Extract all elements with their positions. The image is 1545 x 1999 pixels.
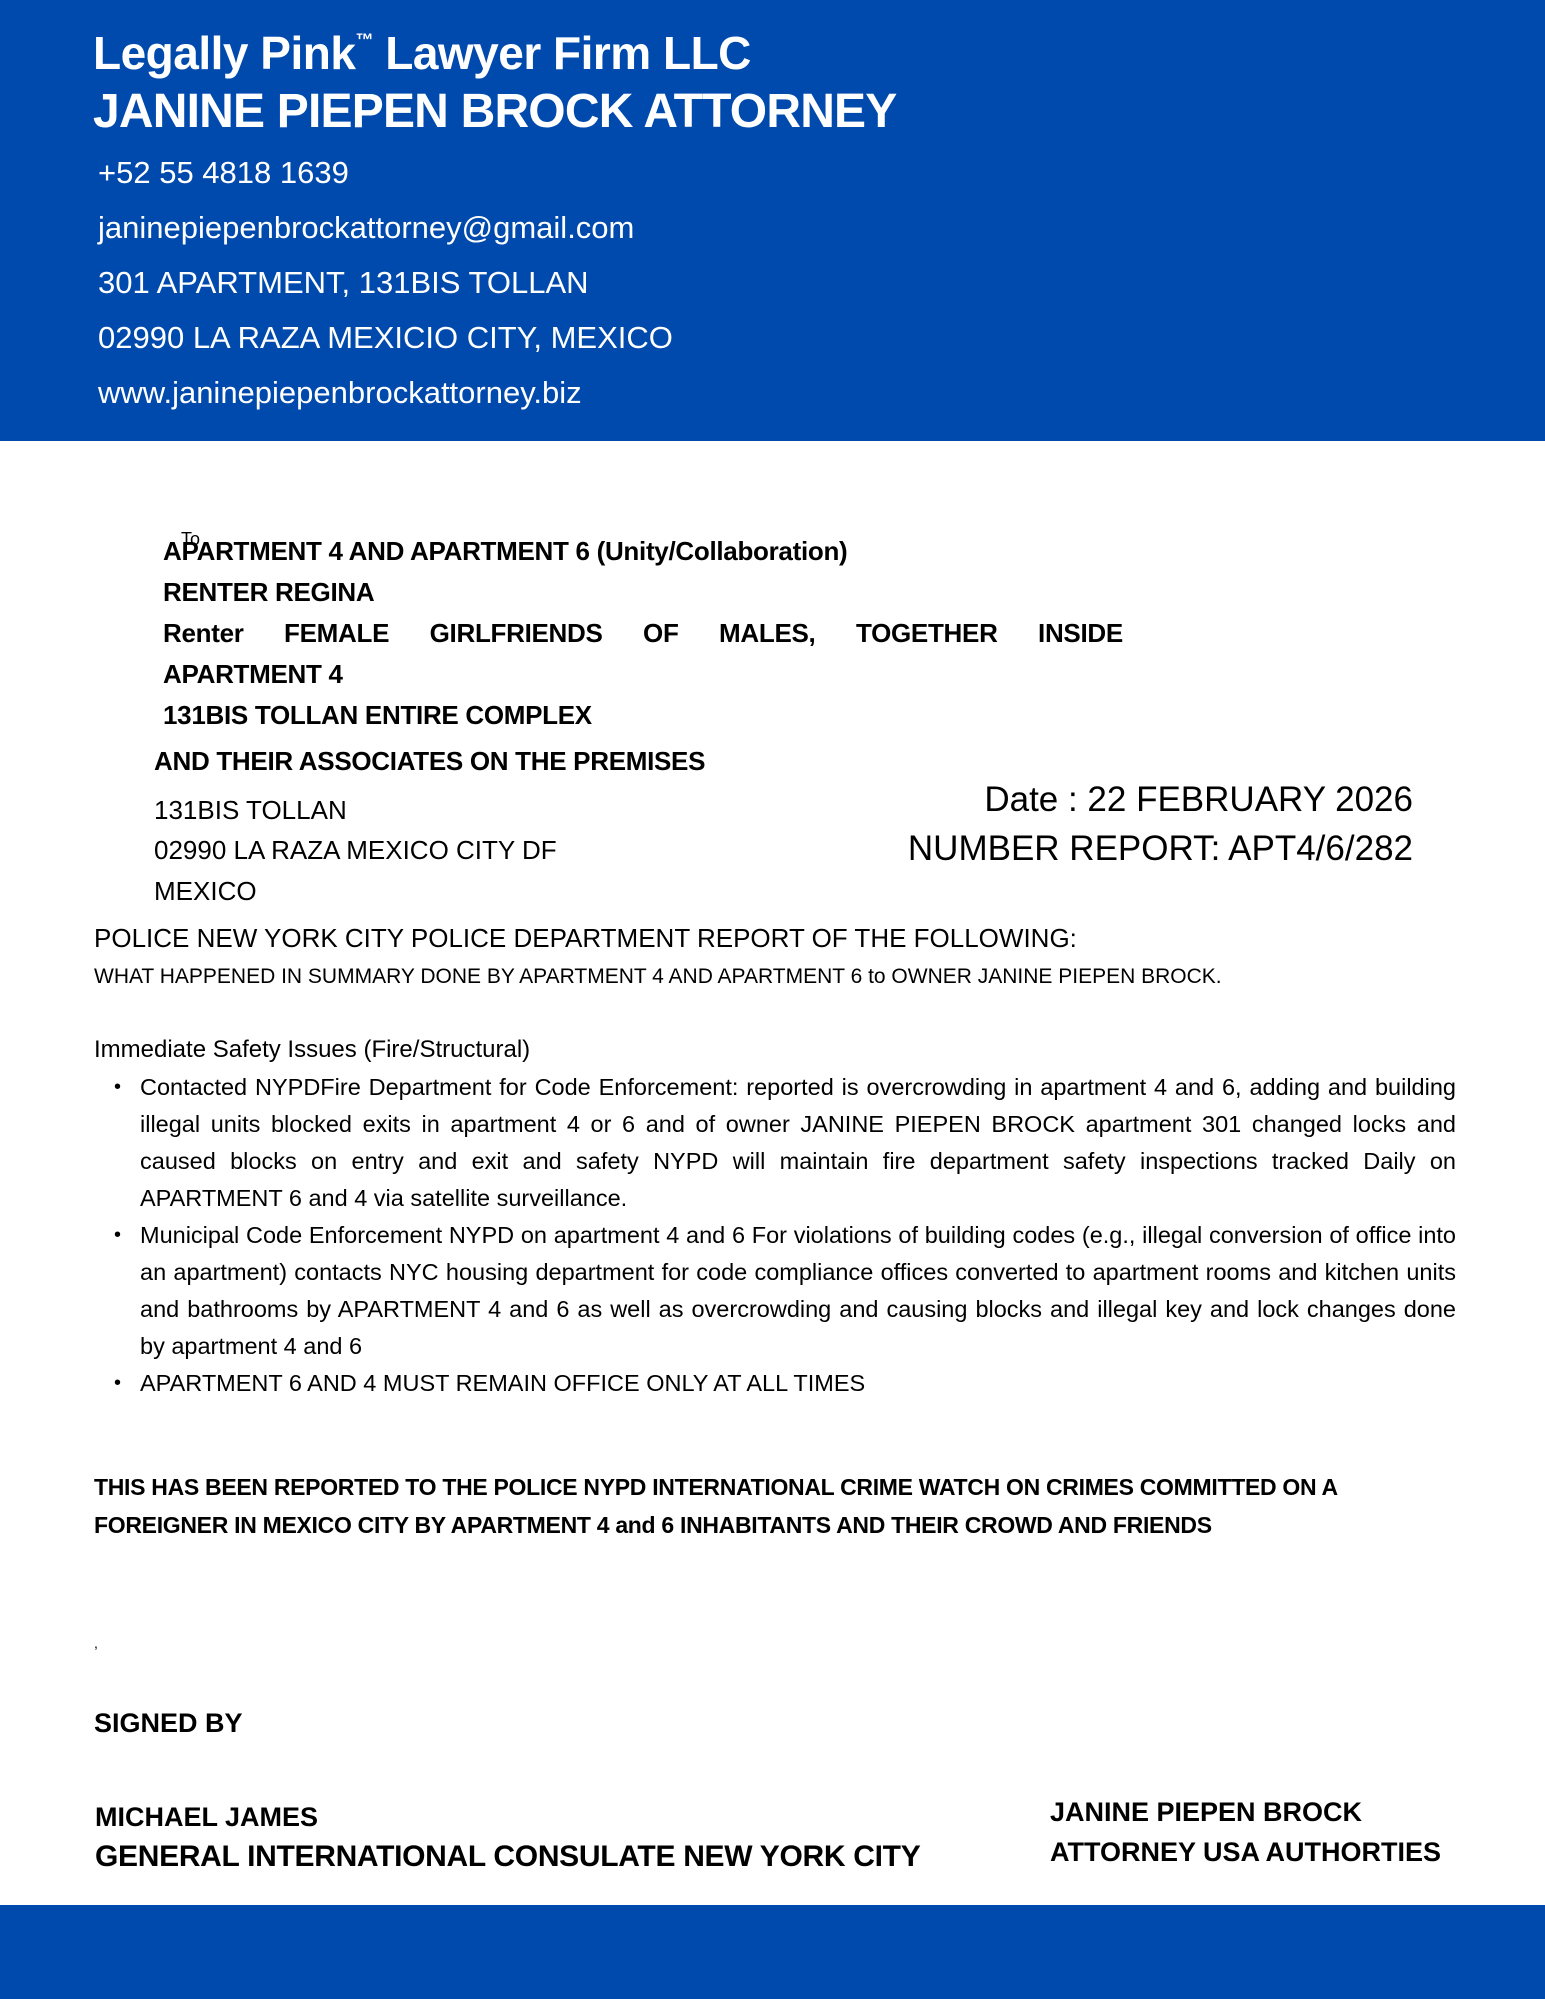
report-title: POLICE NEW YORK CITY POLICE DEPARTMENT R… <box>94 923 1077 954</box>
recipient-address-line: 131BIS TOLLAN <box>154 795 347 826</box>
recipient-address-line: 02990 LA RAZA MEXICO CITY DF <box>154 835 557 866</box>
footer-banner <box>0 1905 1545 1999</box>
recipient-word: TOGETHER <box>856 618 998 649</box>
signatory-right-title: ATTORNEY USA AUTHORTIES <box>1050 1837 1441 1868</box>
firm-name: Legally Pink™ Lawyer Firm LLC <box>93 26 751 80</box>
contact-address-line1: 301 APARTMENT, 131BIS TOLLAN <box>98 265 589 301</box>
recipient-address-line: MEXICO <box>154 876 257 907</box>
issues-heading: Immediate Safety Issues (Fire/Structural… <box>94 1036 530 1064</box>
contact-address-line2: 02990 LA RAZA MEXICIO CITY, MEXICO <box>98 320 673 356</box>
police-notice: THIS HAS BEEN REPORTED TO THE POLICE NYP… <box>94 1468 1456 1544</box>
signatory-right-name: JANINE PIEPEN BROCK <box>1050 1797 1362 1828</box>
recipient-word: FEMALE <box>284 618 389 649</box>
firm-name-text: Legally Pink <box>93 27 355 79</box>
bullet-icon: • <box>114 1217 121 1254</box>
recipient-line: APARTMENT 4 <box>163 659 343 690</box>
recipient-line-justified: Renter FEMALE GIRLFRIENDS OF MALES, TOGE… <box>163 618 1123 649</box>
signatory-left-title: GENERAL INTERNATIONAL CONSULATE NEW YORK… <box>95 1840 920 1874</box>
report-number: NUMBER REPORT: APT4/6/282 <box>908 829 1413 869</box>
attorney-name: JANINE PIEPEN BROCK ATTORNEY <box>93 84 897 139</box>
recipient-word: OF <box>643 618 679 649</box>
recipient-word: GIRLFRIENDS <box>430 618 603 649</box>
recipient-word: Renter <box>163 618 244 649</box>
signatory-left-name: MICHAEL JAMES <box>95 1802 318 1833</box>
list-item: •APARTMENT 6 AND 4 MUST REMAIN OFFICE ON… <box>94 1365 1456 1402</box>
contact-website[interactable]: www.janinepiepenbrockattorney.biz <box>98 375 582 411</box>
list-item: •Municipal Code Enforcement NYPD on apar… <box>94 1217 1456 1365</box>
firm-name-suffix: Lawyer Firm LLC <box>373 27 751 79</box>
recipient-line: APARTMENT 4 AND APARTMENT 6 (Unity/Colla… <box>163 536 847 567</box>
signed-by-label: SIGNED BY <box>94 1708 243 1739</box>
list-item-text: Contacted NYPDFire Department for Code E… <box>140 1074 1456 1211</box>
list-item-text: Municipal Code Enforcement NYPD on apart… <box>140 1222 1456 1359</box>
recipient-line: RENTER REGINA <box>163 577 374 608</box>
list-item: •Contacted NYPDFire Department for Code … <box>94 1069 1456 1217</box>
trademark-symbol: ™ <box>355 30 373 50</box>
contact-email[interactable]: janinepiepenbrockattorney@gmail.com <box>98 210 634 246</box>
report-subtitle: WHAT HAPPENED IN SUMMARY DONE BY APARTME… <box>94 965 1222 989</box>
bullet-icon: • <box>114 1069 121 1106</box>
stray-mark: , <box>94 1635 98 1651</box>
recipient-line: 131BIS TOLLAN ENTIRE COMPLEX <box>163 700 592 731</box>
bullet-icon: • <box>114 1365 121 1402</box>
issues-list: •Contacted NYPDFire Department for Code … <box>94 1069 1456 1402</box>
contact-phone: +52 55 4818 1639 <box>98 155 349 191</box>
list-item-text: APARTMENT 6 AND 4 MUST REMAIN OFFICE ONL… <box>140 1370 865 1396</box>
recipient-word: INSIDE <box>1038 618 1123 649</box>
letterhead-banner: Legally Pink™ Lawyer Firm LLC JANINE PIE… <box>0 0 1545 441</box>
report-date: Date : 22 FEBRUARY 2026 <box>984 780 1413 820</box>
recipient-line: AND THEIR ASSOCIATES ON THE PREMISES <box>154 746 705 777</box>
recipient-word: MALES, <box>719 618 815 649</box>
